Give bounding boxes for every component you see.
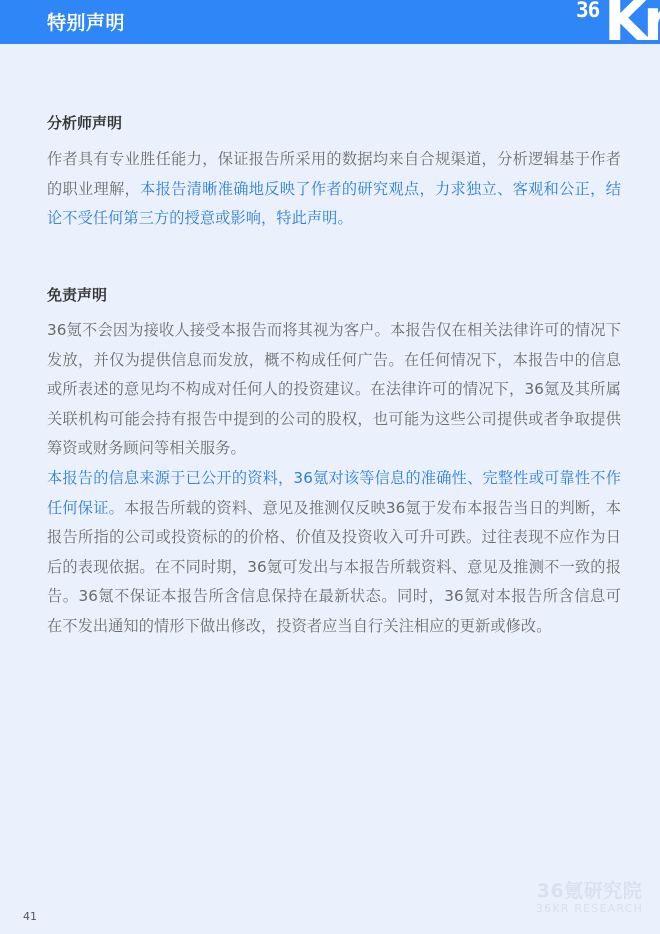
- analyst-statement-heading: 分析师声明: [47, 113, 122, 133]
- 36kr-logo: 36 Kr: [574, 0, 660, 50]
- page-title: 特别声明: [47, 11, 125, 35]
- header-bar: 特别声明 36 Kr: [0, 0, 660, 44]
- analyst-statement-paragraph: 作者具有专业胜任能力，保证报告所采用的数据均来自合规渠道，分析逻辑基于作者的职业…: [47, 145, 621, 234]
- page-number: 41: [23, 910, 37, 923]
- disclaimer-paragraph-1: 36氪不会因为接收人接受本报告而将其视为客户。本报告仅在相关法律许可的情况下发放…: [47, 316, 621, 464]
- watermark-english: 36KR RESEARCH: [527, 902, 652, 916]
- watermark-chinese: 36氪研究院: [527, 880, 652, 902]
- research-institute-watermark: 36氪研究院 36KR RESEARCH: [527, 880, 652, 916]
- logo-number: 36: [576, 0, 599, 20]
- text-run: 本报告所载的资料、意见及推测仅反映36氪于发布本报告当日的判断，本报告所指的公司…: [47, 499, 621, 635]
- text-run: 36氪不会因为接收人接受本报告而将其视为客户。本报告仅在相关法律许可的情况下发放…: [47, 321, 621, 457]
- disclaimer-heading: 免责声明: [47, 285, 107, 305]
- disclaimer-paragraph-2: 本报告的信息来源于已公开的资料，36氪对该等信息的准确性、完整性或可靠性不作任何…: [47, 464, 621, 641]
- logo-letters: Kr: [604, 0, 660, 50]
